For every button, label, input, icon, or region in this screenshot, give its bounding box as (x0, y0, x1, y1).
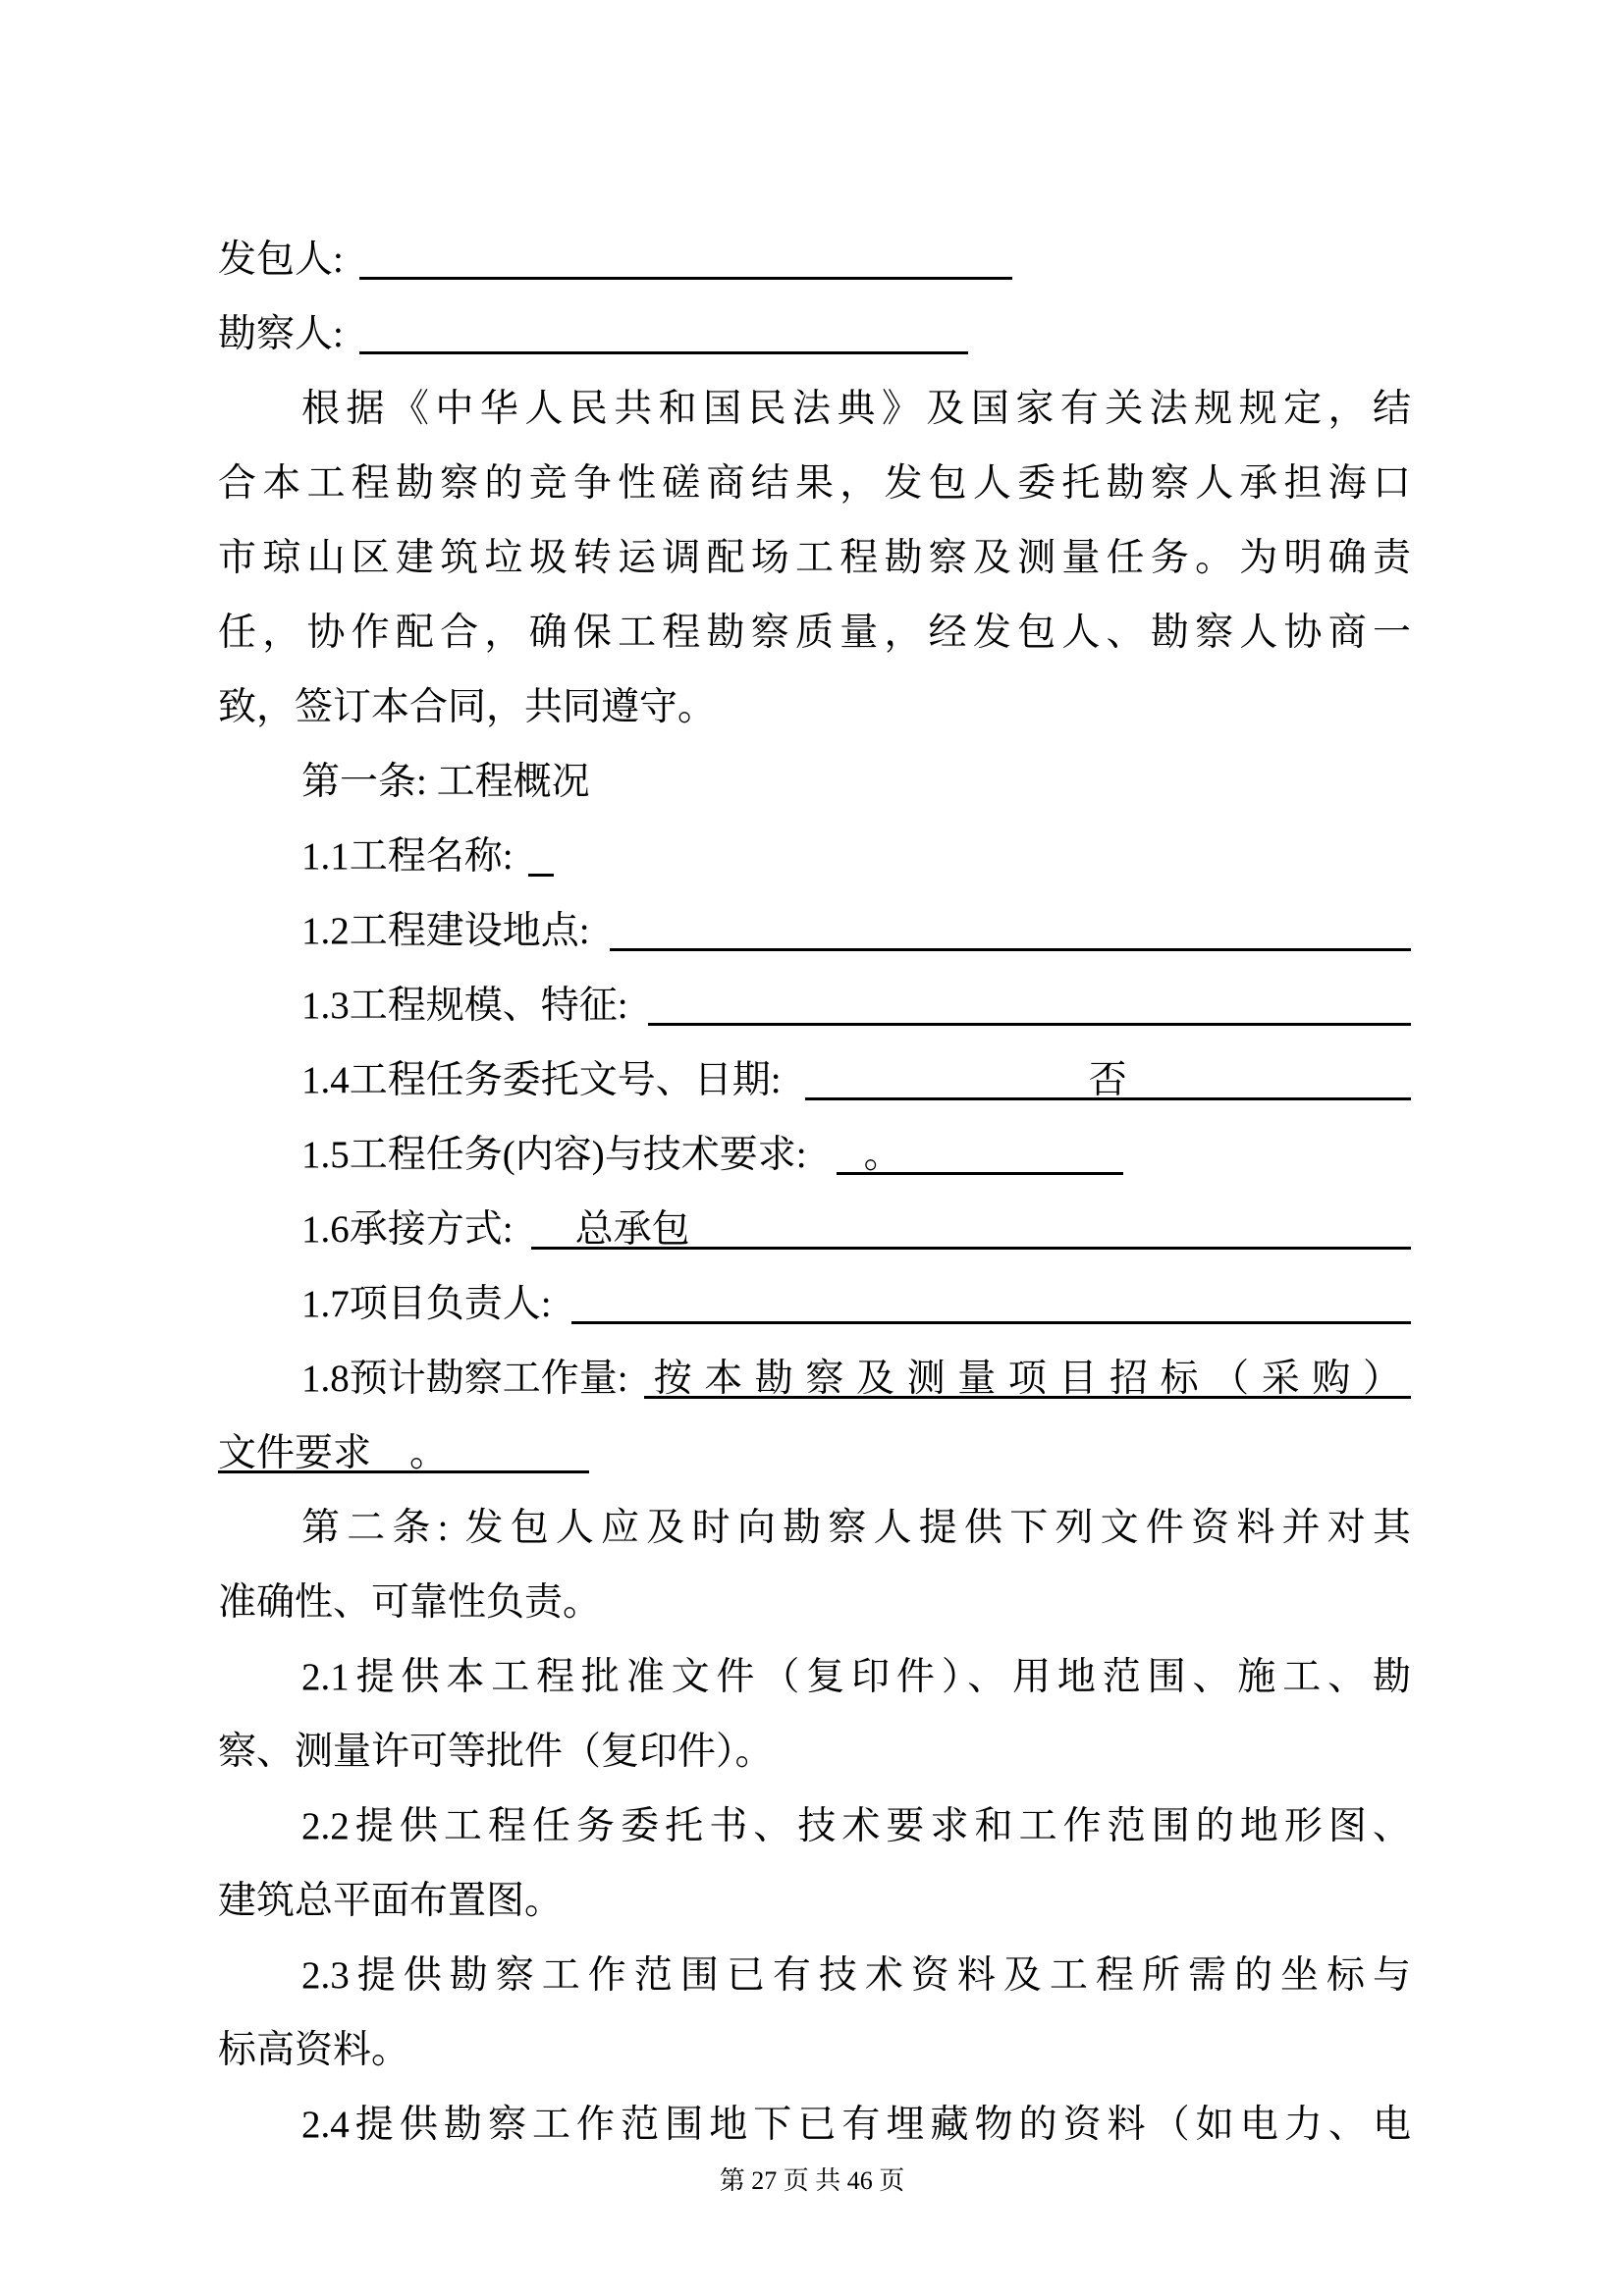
field-1-5-blank-underline: 。 (837, 1118, 1123, 1175)
field-1-2-blank-underline (610, 894, 1411, 951)
document-page: 发包人: 勘察人: 根据《中华人民共和国民法典》及国家有关法规规定，结 合本工程… (0, 0, 1624, 2296)
intro-paragraph-line-3: 市琼山区建筑垃圾转运调配场工程勘察及测量任务。为明确责 (218, 521, 1411, 596)
party-b-blank-underline (359, 297, 968, 354)
field-1-5-line: 1.5工程任务(内容)与技术要求: 。 (218, 1118, 1411, 1193)
field-1-2-label: 1.2工程建设地点: (301, 894, 590, 969)
article-2-line-1: 第二条: 发包人应及时向勘察人提供下列文件资料并对其 (218, 1491, 1411, 1566)
intro-paragraph-line-2: 合本工程勘察的竞争性磋商结果，发包人委托勘察人承担海口 (218, 447, 1411, 521)
item-2-3-line-2: 标高资料。 (218, 2013, 1411, 2088)
party-a-label: 发包人: (218, 223, 344, 297)
field-1-8-line: 1.8预计勘察工作量: 按本勘察及测量项目招标（采购） (218, 1342, 1411, 1416)
party-a-blank-underline (359, 223, 1012, 280)
party-a-line: 发包人: (218, 223, 1411, 297)
item-2-1-line-2: 察、测量许可等批件（复印件）。 (218, 1715, 1411, 1789)
field-1-5-label: 1.5工程任务(内容)与技术要求: (301, 1118, 807, 1193)
page-footer: 第 27 页 共 46 页 (0, 2160, 1624, 2203)
intro-paragraph-line-5: 致，签订本合同，共同遵守。 (218, 670, 1411, 745)
intro-paragraph-line-4: 任，协作配合，确保工程勘察质量，经发包人、勘察人协商一 (218, 596, 1411, 670)
item-2-2-line-1: 2.2提供工程任务委托书、技术要求和工作范围的地形图、 (218, 1789, 1411, 1864)
field-1-3-label: 1.3工程规模、特征: (301, 969, 628, 1043)
field-1-2-line: 1.2工程建设地点: (218, 894, 1411, 969)
field-1-1-blank-underline (528, 820, 554, 877)
article-2-line-2: 准确性、可靠性负责。 (218, 1566, 1411, 1640)
field-1-8-underlined-value: 按本勘察及测量项目招标（采购） (644, 1342, 1411, 1399)
field-1-4-blank-underline: 否 (805, 1043, 1411, 1100)
document-content: 发包人: 勘察人: 根据《中华人民共和国民法典》及国家有关法规规定，结 合本工程… (218, 223, 1411, 2163)
field-1-8-continuation-line: 文件要求 。 (218, 1416, 1411, 1491)
field-1-3-line: 1.3工程规模、特征: (218, 969, 1411, 1043)
field-1-1-label: 1.1工程名称: (301, 820, 514, 894)
item-2-1-line-1: 2.1提供本工程批准文件（复印件）、用地范围、施工、勘 (218, 1640, 1411, 1715)
item-2-4-line-1: 2.4提供勘察工作范围地下已有埋藏物的资料（如电力、电 (218, 2088, 1411, 2163)
field-1-3-blank-underline (648, 969, 1411, 1026)
field-1-8-label: 1.8预计勘察工作量: (301, 1342, 628, 1416)
field-1-7-label: 1.7项目负责人: (301, 1267, 552, 1342)
field-1-6-line: 1.6承接方式: 总承包 (218, 1193, 1411, 1267)
field-1-6-label: 1.6承接方式: (301, 1193, 514, 1267)
field-1-7-blank-underline (571, 1267, 1411, 1324)
intro-paragraph-line-1: 根据《中华人民共和国民法典》及国家有关法规规定，结 (218, 372, 1411, 447)
item-2-3-line-1: 2.3提供勘察工作范围已有技术资料及工程所需的坐标与 (218, 1939, 1411, 2013)
field-1-8-continuation-underlined: 文件要求 。 (218, 1416, 589, 1473)
field-1-7-line: 1.7项目负责人: (218, 1267, 1411, 1342)
field-1-4-line: 1.4工程任务委托文号、日期: 否 (218, 1043, 1411, 1118)
article-1-heading: 第一条: 工程概况 (218, 745, 1411, 820)
item-2-2-line-2: 建筑总平面布置图。 (218, 1864, 1411, 1939)
field-1-4-label: 1.4工程任务委托文号、日期: (301, 1043, 782, 1118)
party-b-line: 勘察人: (218, 297, 1411, 372)
field-1-1-line: 1.1工程名称: (218, 820, 1411, 894)
party-b-label: 勘察人: (218, 297, 344, 372)
field-1-6-blank-underline: 总承包 (531, 1193, 1411, 1250)
